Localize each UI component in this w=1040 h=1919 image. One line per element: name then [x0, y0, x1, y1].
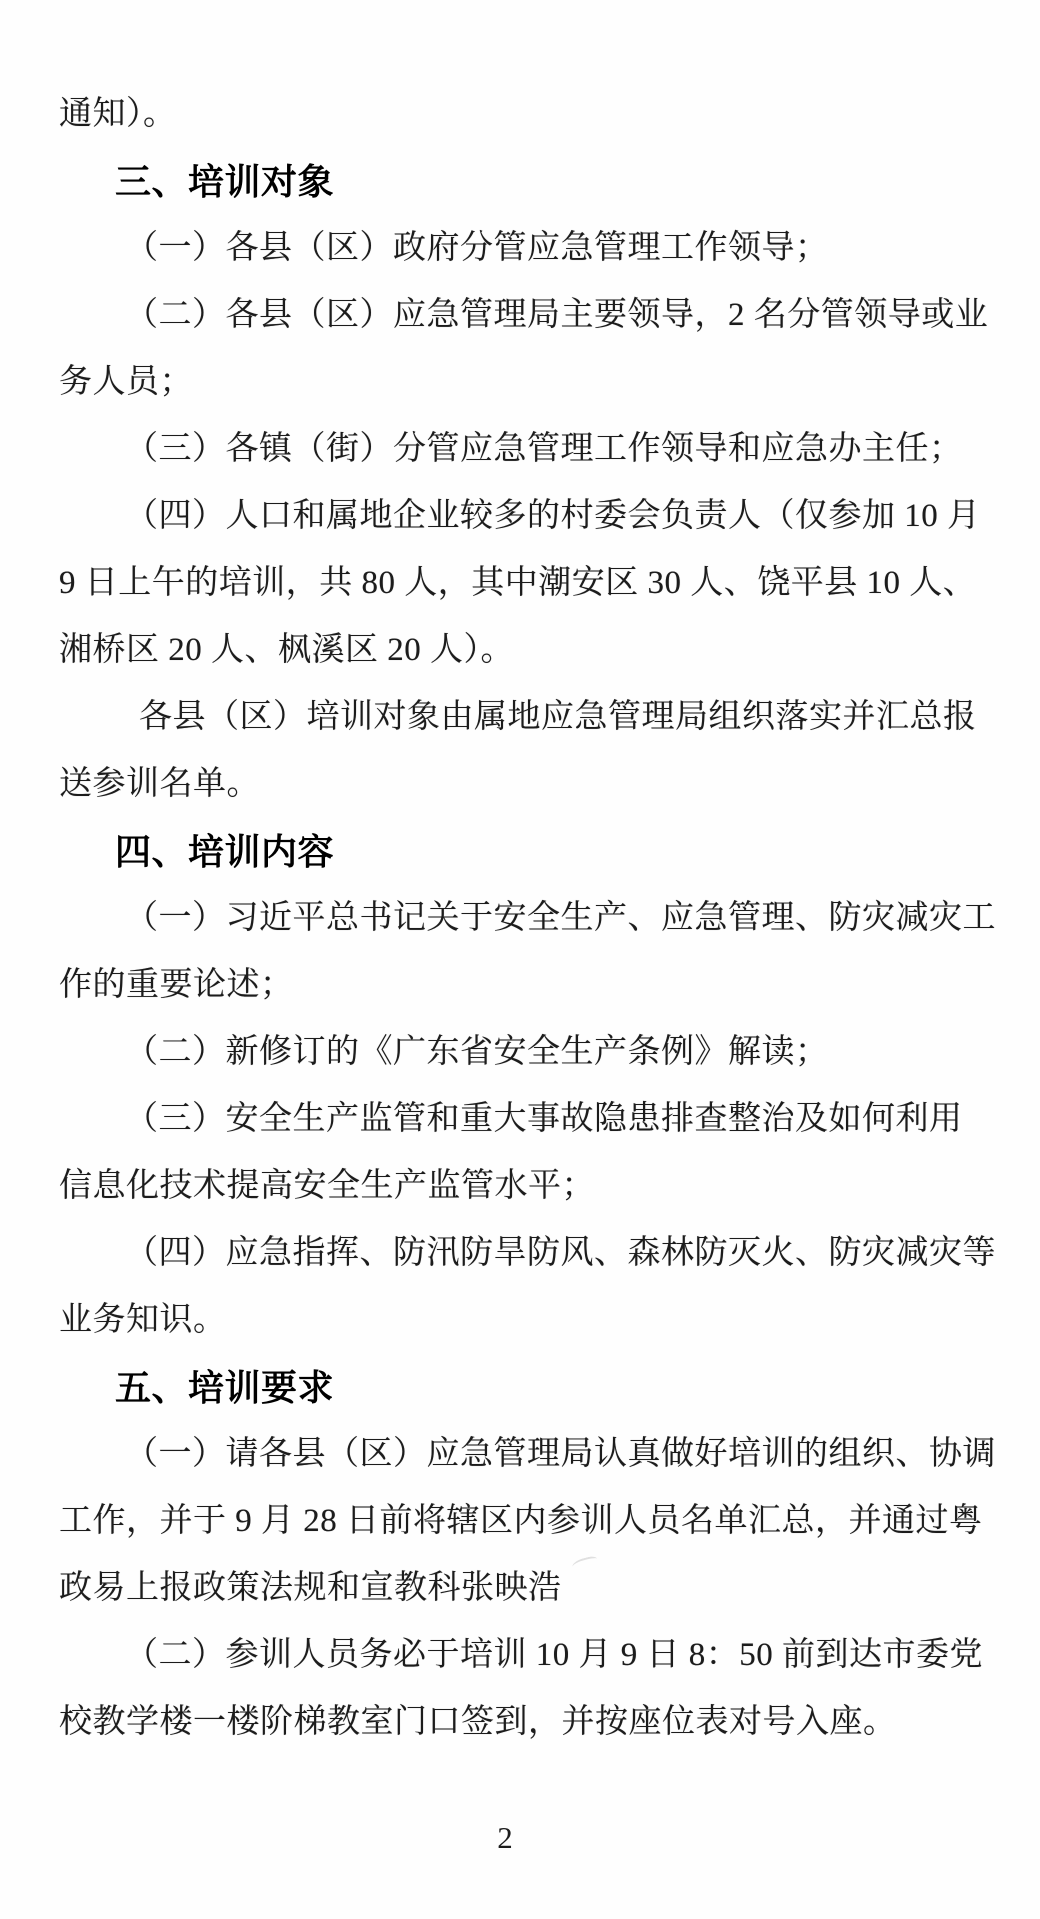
body-line: 校教学楼一楼阶梯教室门口签到，并按座位表对号入座。	[59, 1689, 989, 1756]
body-line: 工作，并于 9 月 28 日前将辖区内参训人员名单汇总，并通过粤	[59, 1488, 989, 1555]
body-line: 政易上报政策法规和宣教科张映浩	[59, 1555, 989, 1622]
body-line: （一）各县（区）政府分管应急管理工作领导；	[59, 215, 989, 282]
body-line: （三）安全生产监管和重大事故隐患排查整治及如何利用	[59, 1086, 989, 1153]
document-body: 通知）。 三、培训对象 （一）各县（区）政府分管应急管理工作领导； （二）各县（…	[59, 81, 989, 1756]
document-page: 通知）。 三、培训对象 （一）各县（区）政府分管应急管理工作领导； （二）各县（…	[0, 0, 1040, 1919]
body-line: （二）各县（区）应急管理局主要领导，2 名分管领导或业	[59, 282, 989, 349]
body-line: （四）应急指挥、防汛防旱防风、森林防灭火、防灾减灾等	[59, 1220, 989, 1287]
body-line: （一）习近平总书记关于安全生产、应急管理、防灾减灾工	[59, 885, 989, 952]
body-line: （三）各镇（街）分管应急管理工作领导和应急办主任；	[59, 416, 989, 483]
page-number: 2	[0, 1820, 1010, 1856]
section-heading-3-training-targets: 三、培训对象	[59, 148, 989, 215]
body-line: 务人员；	[59, 349, 989, 416]
body-line: 各县（区）培训对象由属地应急管理局组织落实并汇总报	[59, 684, 989, 751]
body-line: 送参训名单。	[59, 751, 989, 818]
body-line: （一）请各县（区）应急管理局认真做好培训的组织、协调	[59, 1421, 989, 1488]
body-line: （二）新修订的《广东省安全生产条例》解读；	[59, 1019, 989, 1086]
body-line: 业务知识。	[59, 1287, 989, 1354]
section-heading-4-training-content: 四、培训内容	[59, 818, 989, 885]
body-line: 作的重要论述；	[59, 952, 989, 1019]
body-line: （二）参训人员务必于培训 10 月 9 日 8：50 前到达市委党	[59, 1622, 989, 1689]
body-line: （四）人口和属地企业较多的村委会负责人（仅参加 10 月	[59, 483, 989, 550]
section-heading-5-training-requirements: 五、培训要求	[59, 1354, 989, 1421]
body-line: 信息化技术提高安全生产监管水平；	[59, 1153, 989, 1220]
body-line: 湘桥区 20 人、枫溪区 20 人）。	[59, 617, 989, 684]
body-line: 通知）。	[59, 81, 989, 148]
body-line: 9 日上午的培训，共 80 人，其中潮安区 30 人、饶平县 10 人、	[59, 550, 989, 617]
